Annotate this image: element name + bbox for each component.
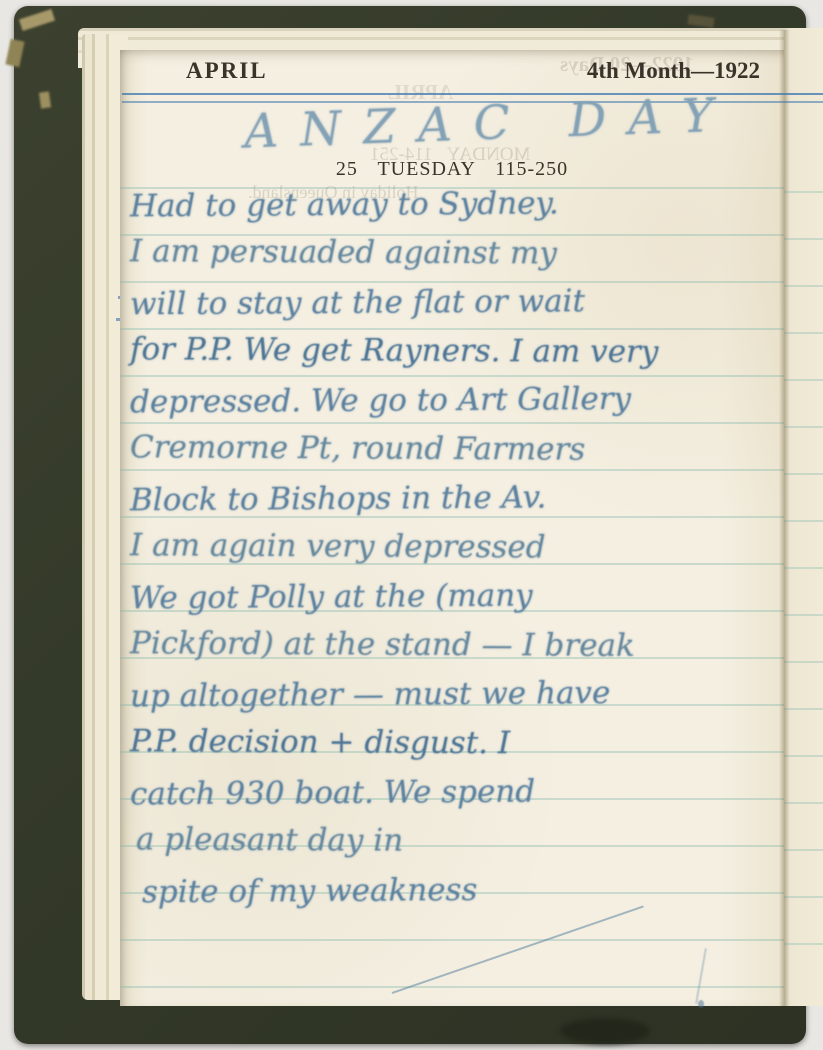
month-year-label: 4th Month—1922: [587, 58, 760, 84]
page-header: APRIL 4th Month—1922: [140, 58, 770, 84]
entry-line: P.P. decision + disgust. I: [122, 717, 812, 770]
entry-line: depressed. We go to Art Gallery: [122, 374, 812, 428]
entry-line: I am again very depressed: [122, 521, 812, 574]
cover-fray: [39, 91, 51, 108]
date-day: 25: [336, 158, 358, 180]
entry-line: Block to Bishops in the Av.: [122, 472, 812, 526]
entry-line: Cremorne Pt, round Farmers: [122, 423, 812, 476]
entry-line: catch 930 boat. We spend: [122, 766, 812, 820]
entry-line: spite of my weakness: [122, 864, 812, 918]
entry-line: Pickford) at the stand — I break: [122, 619, 812, 672]
entry-line: up altogether — must we have: [122, 668, 812, 722]
ink-dot: [698, 1000, 704, 1008]
entry-line: for P.P. We get Rayners. I am very: [122, 325, 812, 378]
entry-line: We got Polly at the (many: [122, 570, 812, 624]
date-weekday: TUESDAY: [377, 158, 475, 180]
date-day-numbers: 115-250: [495, 158, 568, 180]
entry-line: will to stay at the flat or wait: [122, 276, 812, 330]
month-label: APRIL: [186, 58, 268, 84]
cover-wear-mark: [560, 1018, 650, 1044]
diary-scan: 1922—20 Days APRIL MONDAY 114-251 Holida…: [0, 0, 823, 1050]
entry-line: Had to get away to Sydney.: [122, 178, 812, 232]
entry-line: I am persuaded against my: [122, 227, 812, 280]
entry-line: a pleasant day in: [122, 815, 812, 868]
diary-entry: Had to get away to Sydney. I am persuade…: [122, 180, 812, 915]
